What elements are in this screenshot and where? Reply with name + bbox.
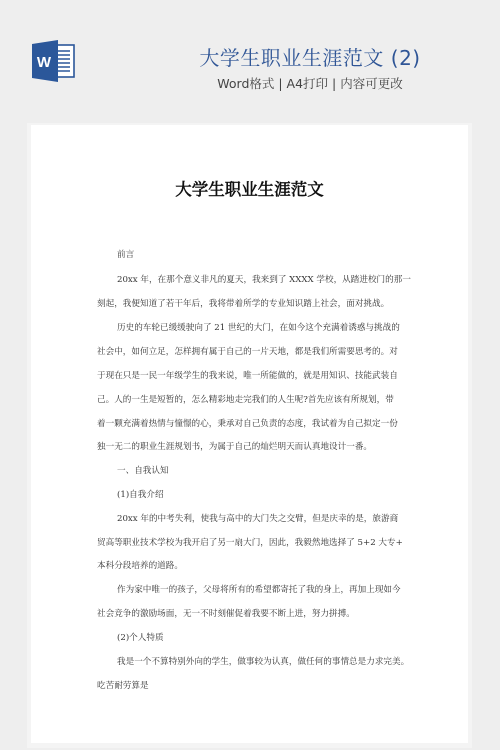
header-subtitle: Word格式 | A4打印 | 内容可更改 <box>120 74 500 92</box>
subsection-heading: (2)个人特质 <box>117 632 403 644</box>
text-line: 我是一个不算特别外向的学生，做事较为认真，做任何的事情总是力求完美。 <box>117 656 403 668</box>
paragraph-heading-preface: 前言 <box>117 249 403 261</box>
text-line: 20xx 年，在那个意义非凡的夏天，我来到了 XXXX 学校，从踏进校门的那一 <box>117 274 403 286</box>
document-page: 大学生职业生涯范文 前言 20xx 年，在那个意义非凡的夏天，我来到了 XXXX… <box>31 125 468 743</box>
text-line: 作为家中唯一的孩子，父母将所有的希望都寄托了我的身上，再加上现如今 <box>117 584 403 596</box>
text-line: 己。人的一生是短暂的，怎么精彩地走完我们的人生呢?首先应该有所规划，带 <box>97 394 403 406</box>
text-line: 本科分段培养的道路。 <box>97 560 403 572</box>
text-line: 着一颗充满着热情与憧憬的心，秉承对自己负责的态度，我试着为自己拟定一份 <box>97 418 403 430</box>
svg-text:W: W <box>37 54 52 71</box>
text-line: 贸高等职业技术学校为我开启了另一扇大门，因此，我毅然地选择了 5+2 大专+ <box>97 537 403 549</box>
section-heading: 一、自我认知 <box>117 465 403 477</box>
text-line: 历史的车轮已缓缓驶向了 21 世纪的大门，在如今这个充满着诱惑与挑战的 <box>117 322 403 334</box>
text-line: 独一无二的职业生涯规划书，为属于自己的灿烂明天而认真地设计一番。 <box>97 441 403 453</box>
document-title: 大学生职业生涯范文 <box>31 176 468 200</box>
text-line: 20xx 年的中考失利，使我与高中的大门失之交臂，但是庆幸的是，旅游商 <box>117 513 403 525</box>
subsection-heading: (1)自我介绍 <box>117 489 403 501</box>
text-line: 于现在只是一民一年级学生的我来说，唯一所能做的，就是用知识、技能武装自 <box>97 370 403 382</box>
text-line: 吃苦耐劳算是 <box>97 680 403 692</box>
header: W 大学生职业生涯范文 (2) Word格式 | A4打印 | 内容可更改 <box>0 0 500 120</box>
text-line: 刻起，我便知道了若干年后，我将带着所学的专业知识踏上社会，面对挑战。 <box>97 298 403 310</box>
header-title: 大学生职业生涯范文 (2) <box>120 42 500 71</box>
text-line: 社会中，如何立足，怎样拥有属于自己的一片天地，都是我们所需要思考的。对 <box>97 346 403 358</box>
text-line: 社会竞争的激励场面，无一不时刻催促着我要不断上进，努力拼搏。 <box>97 608 403 620</box>
word-document-icon: W <box>32 40 76 82</box>
